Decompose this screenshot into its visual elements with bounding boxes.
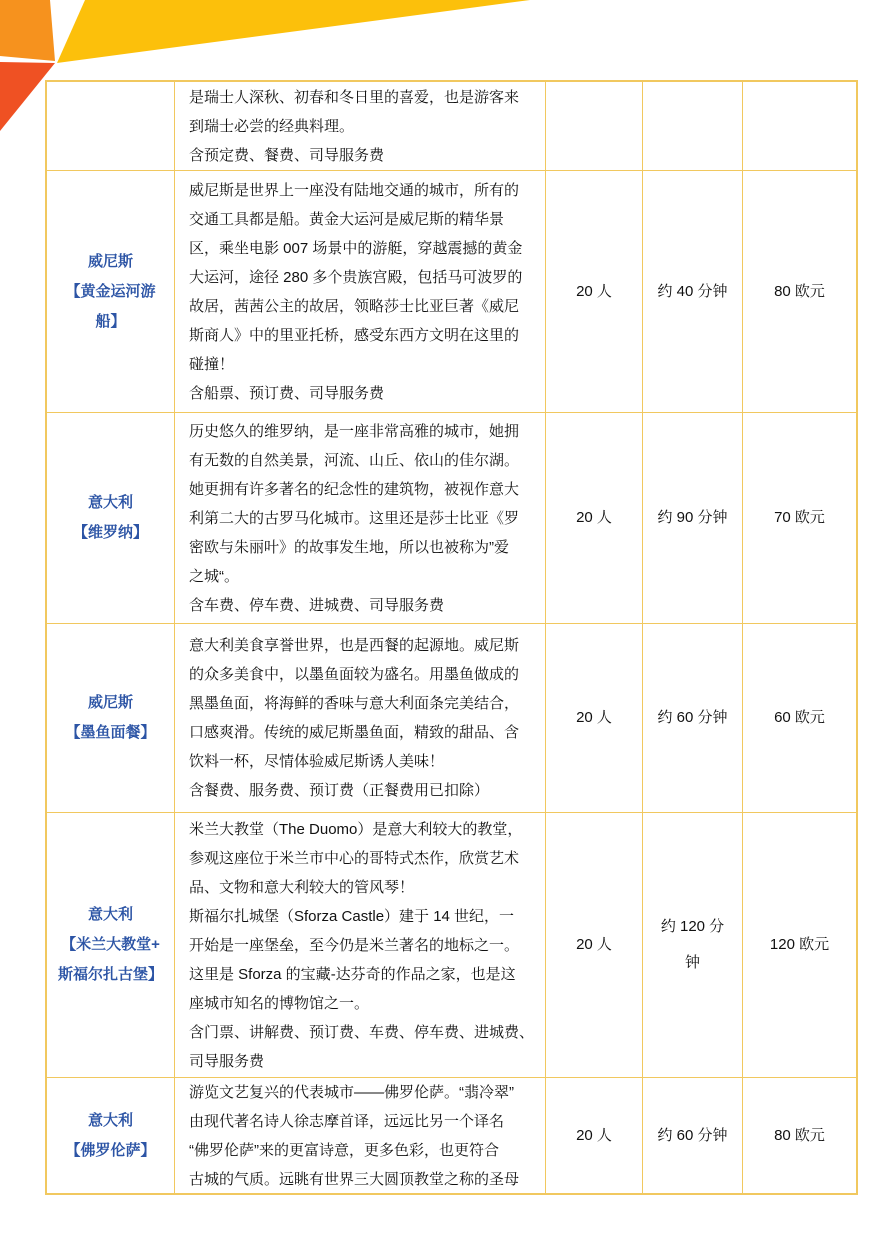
duration-cell: 约 120 分 钟: [642, 813, 742, 1077]
table-row: 意大利 【米兰大教堂+ 斯福尔扎古堡】 米兰大教堂（The Duomo）是意大利…: [47, 812, 856, 1077]
tour-options-table: 是瑞士人深秋、初春和冬日里的喜爱，也是游客来 到瑞士必尝的经典料理。 含预定费、…: [45, 80, 858, 1195]
destination-cell: [47, 82, 174, 170]
price-cell: 120 欧元: [742, 813, 856, 1077]
table-row: 威尼斯 【黄金运河游 船】 威尼斯是世界上一座没有陆地交通的城市，所有的 交通工…: [47, 170, 856, 412]
description-cell: 游览文艺复兴的代表城市——佛罗伦萨。“翡冷翠” 由现代著名诗人徐志摩首译，远远比…: [174, 1078, 545, 1193]
description-text: 威尼斯是世界上一座没有陆地交通的城市，所有的 交通工具都是船。黄金大运河是威尼斯…: [189, 176, 522, 408]
duration-cell: 约 90 分钟: [642, 413, 742, 623]
description-cell: 威尼斯是世界上一座没有陆地交通的城市，所有的 交通工具都是船。黄金大运河是威尼斯…: [174, 171, 545, 412]
table-row: 威尼斯 【墨鱼面餐】 意大利美食享誉世界，也是西餐的起源地。威尼斯 的众多美食中…: [47, 623, 856, 812]
group-size-cell: 20 人: [545, 413, 642, 623]
destination-cell: 意大利 【维罗纳】: [47, 413, 174, 623]
table-row: 是瑞士人深秋、初春和冬日里的喜爱，也是游客来 到瑞士必尝的经典料理。 含预定费、…: [47, 82, 856, 170]
group-size-cell: 20 人: [545, 813, 642, 1077]
destination-label: 意大利 【佛罗伦萨】: [65, 1106, 155, 1166]
group-size-cell: 20 人: [545, 1078, 642, 1193]
description-cell: 米兰大教堂（The Duomo）是意大利较大的教堂， 参观这座位于米兰市中心的哥…: [174, 813, 545, 1077]
destination-cell: 意大利 【米兰大教堂+ 斯福尔扎古堡】: [47, 813, 174, 1077]
duration-cell: 约 60 分钟: [642, 624, 742, 812]
price-cell: [742, 82, 856, 170]
destination-cell: 威尼斯 【墨鱼面餐】: [47, 624, 174, 812]
destination-label: 威尼斯 【黄金运河游 船】: [65, 247, 155, 337]
description-text: 是瑞士人深秋、初春和冬日里的喜爱，也是游客来 到瑞士必尝的经典料理。 含预定费、…: [189, 83, 519, 170]
duration-cell: 约 40 分钟: [642, 171, 742, 412]
description-cell: 意大利美食享誉世界，也是西餐的起源地。威尼斯 的众多美食中，以墨鱼面较为盛名。用…: [174, 624, 545, 812]
description-text: 米兰大教堂（The Duomo）是意大利较大的教堂， 参观这座位于米兰市中心的哥…: [189, 815, 534, 1076]
description-text: 历史悠久的维罗纳，是一座非常高雅的城市，她拥 有无数的自然美景，河流、山丘、依山…: [189, 417, 519, 620]
group-size-cell: 20 人: [545, 624, 642, 812]
duration-cell: [642, 82, 742, 170]
group-size-cell: 20 人: [545, 171, 642, 412]
yellow-triangle-shape: [57, 0, 530, 63]
table-row: 意大利 【维罗纳】 历史悠久的维罗纳，是一座非常高雅的城市，她拥 有无数的自然美…: [47, 412, 856, 623]
destination-label: 意大利 【米兰大教堂+ 斯福尔扎古堡】: [58, 900, 163, 990]
price-cell: 80 欧元: [742, 1078, 856, 1193]
document-page: 是瑞士人深秋、初春和冬日里的喜爱，也是游客来 到瑞士必尝的经典料理。 含预定费、…: [0, 0, 888, 1258]
price-cell: 60 欧元: [742, 624, 856, 812]
description-cell: 历史悠久的维罗纳，是一座非常高雅的城市，她拥 有无数的自然美景，河流、山丘、依山…: [174, 413, 545, 623]
table-row: 意大利 【佛罗伦萨】 游览文艺复兴的代表城市——佛罗伦萨。“翡冷翠” 由现代著名…: [47, 1077, 856, 1193]
duration-cell: 约 60 分钟: [642, 1078, 742, 1193]
destination-label: 意大利 【维罗纳】: [73, 488, 148, 548]
group-size-cell: [545, 82, 642, 170]
destination-cell: 意大利 【佛罗伦萨】: [47, 1078, 174, 1193]
destination-cell: 威尼斯 【黄金运河游 船】: [47, 171, 174, 412]
description-cell: 是瑞士人深秋、初春和冬日里的喜爱，也是游客来 到瑞士必尝的经典料理。 含预定费、…: [174, 82, 545, 170]
price-cell: 70 欧元: [742, 413, 856, 623]
description-text: 游览文艺复兴的代表城市——佛罗伦萨。“翡冷翠” 由现代著名诗人徐志摩首译，远远比…: [189, 1078, 519, 1193]
price-cell: 80 欧元: [742, 171, 856, 412]
orange-triangle-shape: [0, 0, 55, 61]
destination-label: 威尼斯 【墨鱼面餐】: [65, 688, 155, 748]
description-text: 意大利美食享誉世界，也是西餐的起源地。威尼斯 的众多美食中，以墨鱼面较为盛名。用…: [189, 631, 519, 805]
